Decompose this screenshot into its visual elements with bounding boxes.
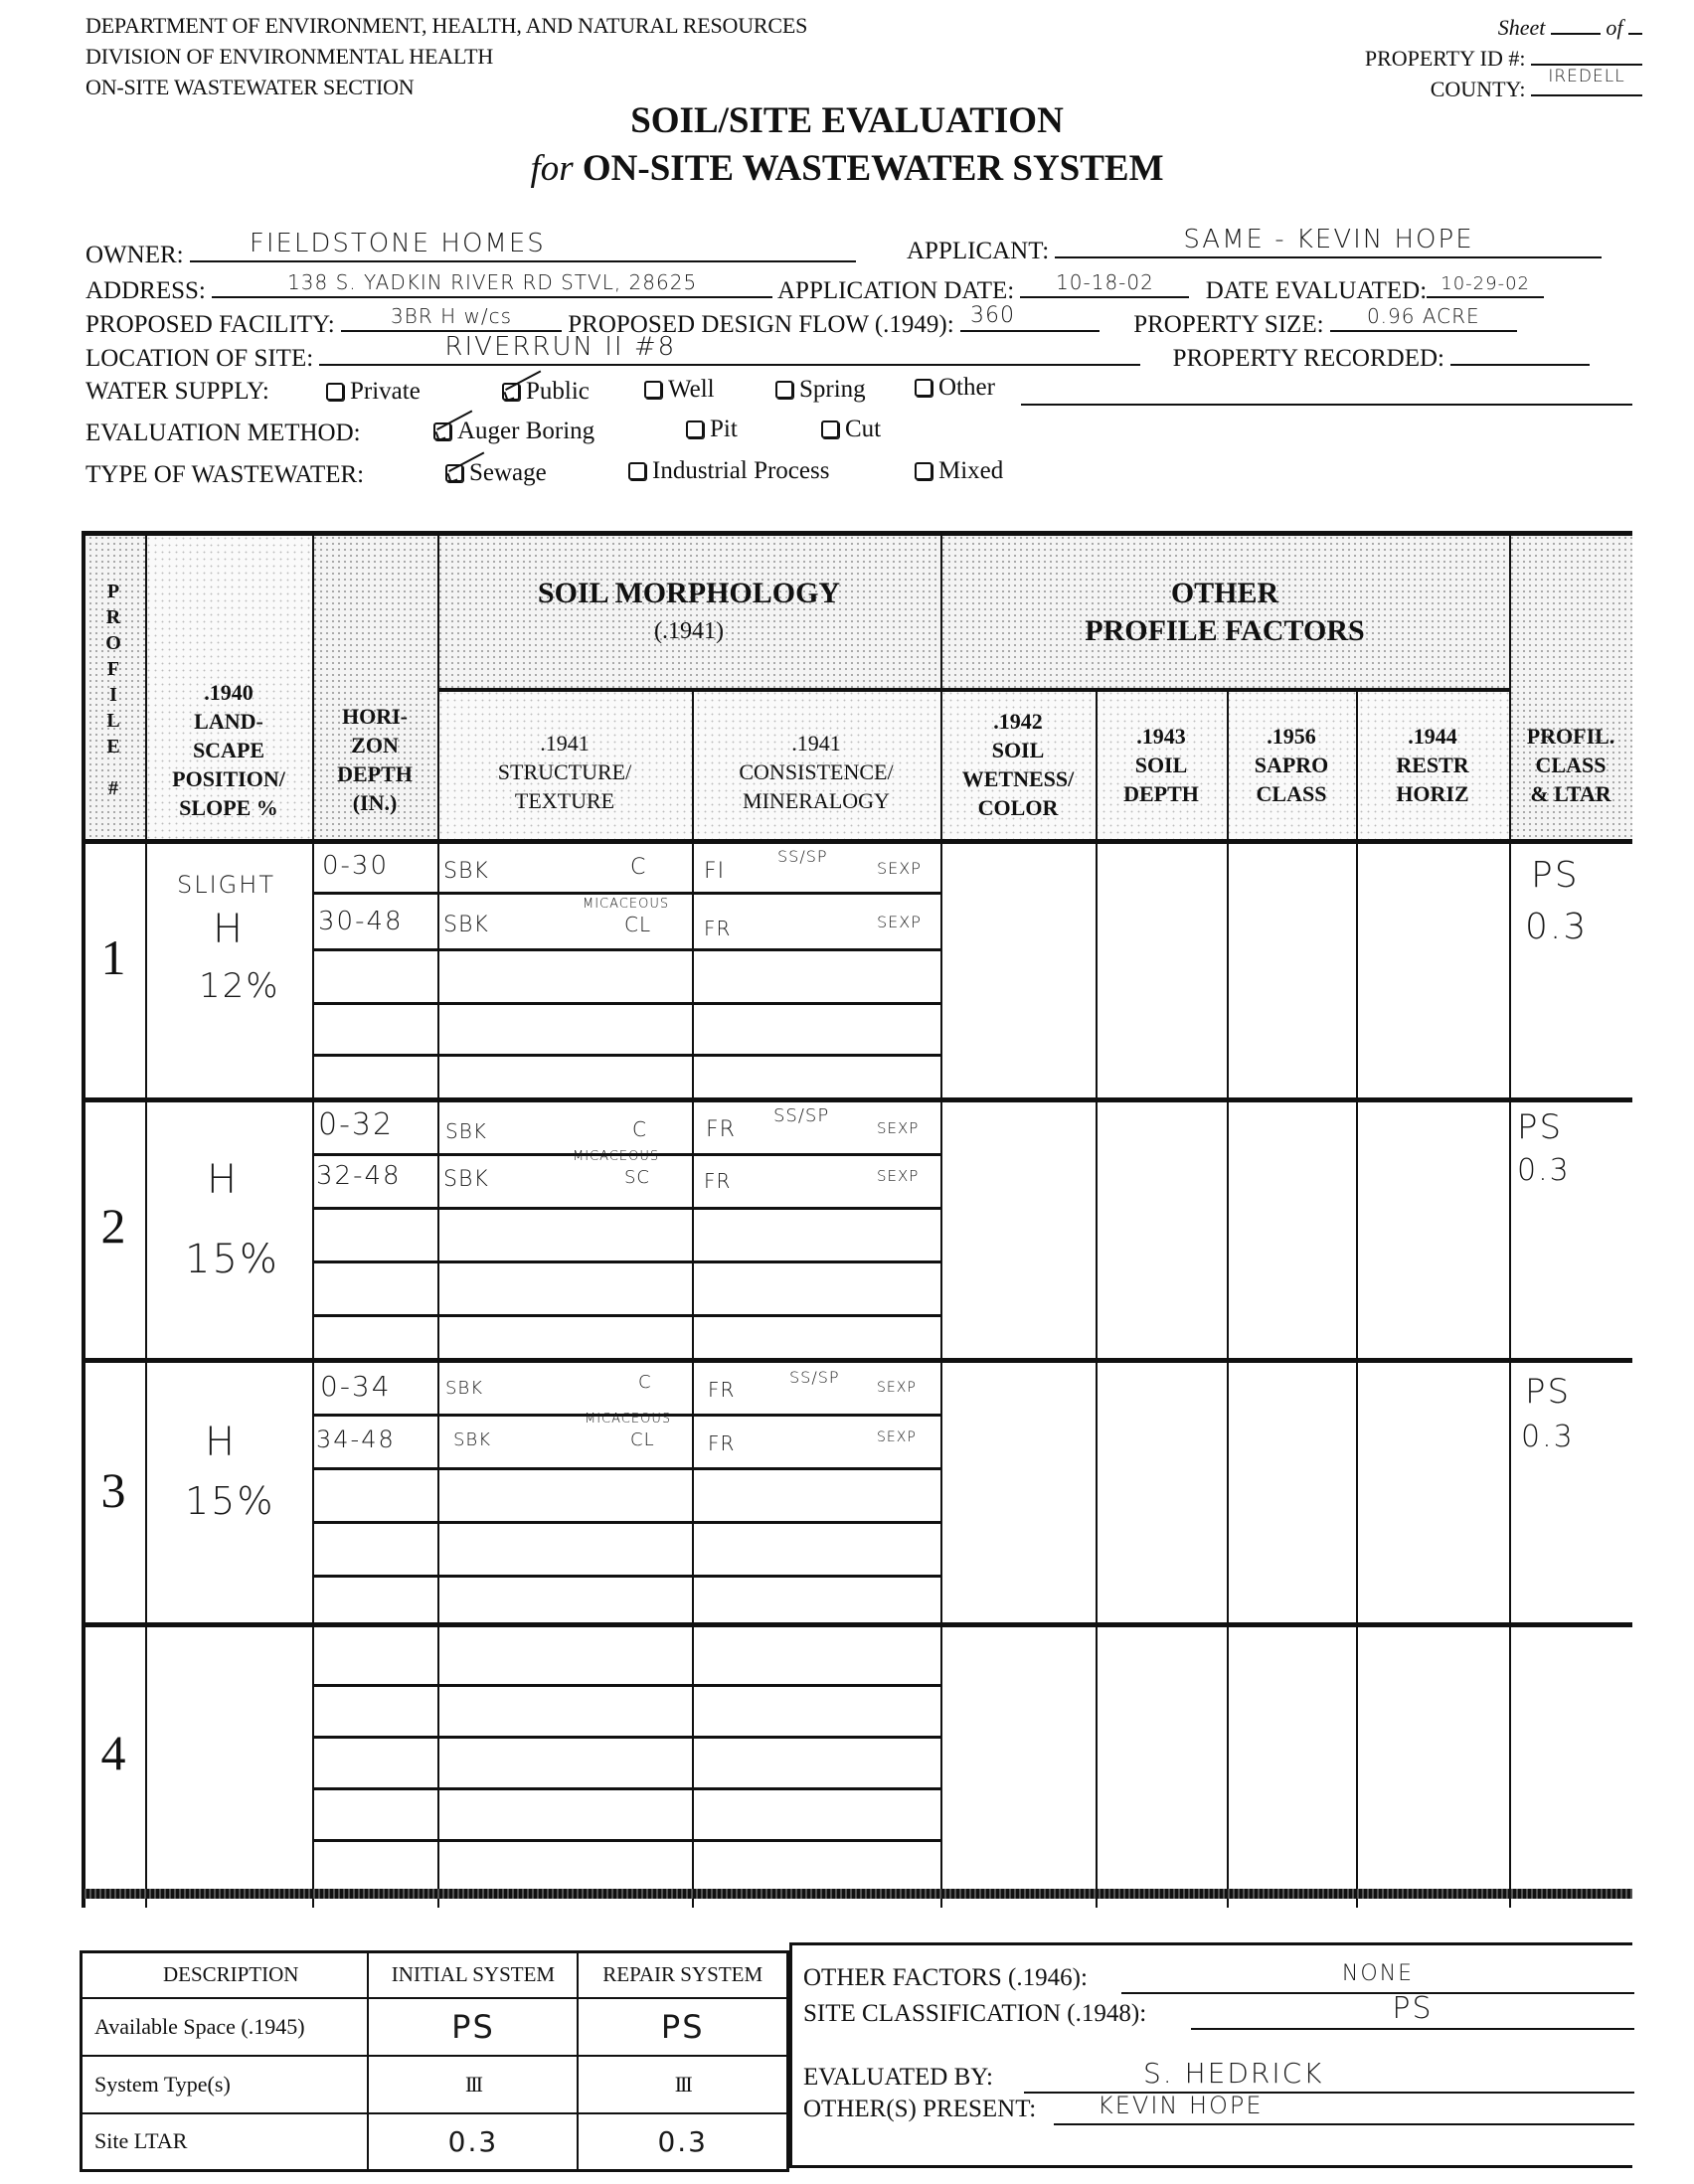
evaluated-by-field[interactable]: S. HEDRICK <box>1024 2068 1634 2094</box>
texture-note[interactable]: MICACEOUS <box>583 897 669 912</box>
evaluation-method-label: EVALUATION METHOD: <box>85 420 361 447</box>
consistence-mineralogy-header: .1941 CONSISTENCE/ MINERALOGY <box>692 705 940 839</box>
date-evaluated-label: DATE EVALUATED: <box>1206 277 1427 304</box>
evaluated-by-row: EVALUATED BY: S. HEDRICK <box>803 2064 1634 2092</box>
repair-system-header: REPAIR SYSTEM <box>578 1952 787 1998</box>
consistence[interactable]: FR <box>708 1378 735 1402</box>
texture-note[interactable]: MICACEOUS <box>585 1412 671 1427</box>
structure-texture-header: .1941 STRUCTURE/ TEXTURE <box>437 705 692 839</box>
description-header: DESCRIPTION <box>82 1952 369 1998</box>
texture[interactable]: C <box>632 1117 647 1141</box>
owner-field[interactable]: FIELDSTONE HOMES <box>190 237 856 262</box>
site-classification-label: SITE CLASSIFICATION (.1948): <box>803 2000 1146 2027</box>
property-recorded-label: PROPERTY RECORDED: <box>1173 345 1444 372</box>
structure[interactable]: SBK <box>443 1167 489 1192</box>
other-profile-factors-header: OTHER PROFILE FACTORS <box>940 535 1509 690</box>
consistence[interactable]: FR <box>708 1431 735 1455</box>
sheet-total-field[interactable] <box>1628 15 1642 35</box>
system-summary-table: DESCRIPTION INITIAL SYSTEM REPAIR SYSTEM… <box>80 1950 789 2172</box>
design-flow-field[interactable]: 360 <box>960 306 1100 332</box>
row-description: System Type(s) <box>82 2056 369 2113</box>
water-supply-spring[interactable]: Spring <box>775 376 866 404</box>
horizon-depth[interactable]: 34-48 <box>316 1426 396 1453</box>
landscape-position[interactable]: H <box>205 1420 237 1465</box>
soil-profile-table: P R O F I L E # .1940 LAND- SCAPE POSITI… <box>82 531 1632 1908</box>
mineralogy[interactable]: SEXP <box>877 913 922 931</box>
applicant-label: APPLICANT: <box>907 238 1049 264</box>
water-supply-well[interactable]: Well <box>644 376 715 404</box>
soil-wetness-header: .1942 SOIL WETNESS/ COLOR <box>940 690 1096 839</box>
consistence-plasticity[interactable]: SS/SP <box>789 1368 840 1387</box>
restr-horiz-header: .1944 RESTR HORIZ <box>1356 690 1509 839</box>
horizon-depth[interactable]: 32-48 <box>316 1161 402 1191</box>
applicant-field[interactable]: SAME - KEVIN HOPE <box>1055 233 1602 258</box>
checkbox-spring[interactable] <box>775 381 793 399</box>
checkbox-pit[interactable] <box>686 420 704 438</box>
wastewater-sewage[interactable]: Sewage <box>445 459 547 487</box>
structure[interactable]: SBK <box>443 859 489 884</box>
address-row: ADDRESS: 138 S. YADKIN RIVER RD STVL, 28… <box>85 272 1544 305</box>
property-size-label: PROPERTY SIZE: <box>1133 311 1323 338</box>
eval-method-pit[interactable]: Pit <box>686 416 738 443</box>
checkbox-other[interactable] <box>915 379 932 397</box>
profile-number: 4 <box>84 1724 143 1781</box>
profile-number: 1 <box>84 928 143 986</box>
consistence[interactable]: FI <box>704 859 725 884</box>
profile-class[interactable]: PS <box>1525 1372 1571 1412</box>
owner-label: OWNER: <box>85 242 184 268</box>
slope-percent[interactable]: 12% <box>199 966 280 1006</box>
proposed-facility-label: PROPOSED FACILITY: <box>85 311 335 338</box>
initial-available-space[interactable]: PS <box>368 1998 578 2056</box>
slope-percent[interactable]: 15% <box>185 1479 274 1523</box>
wastewater-mixed[interactable]: Mixed <box>915 457 1003 485</box>
texture-note[interactable]: MICACEOUS <box>573 1149 659 1164</box>
landscape-position-header: .1940 LAND- SCAPE POSITION/ SLOPE % <box>145 660 312 839</box>
consistence-plasticity[interactable]: SS/SP <box>773 1105 829 1126</box>
title-line-1: SOIL/SITE EVALUATION <box>0 97 1694 145</box>
horizon-depth[interactable]: 0-30 <box>322 851 389 881</box>
applicant-row: APPLICANT: SAME - KEVIN HOPE <box>907 233 1602 265</box>
county-field[interactable]: IREDELL <box>1531 75 1642 96</box>
date-evaluated-field[interactable]: 10-29-02 <box>1427 272 1544 298</box>
others-present-row: OTHER(S) PRESENT: KEVIN HOPE <box>803 2096 1634 2123</box>
location-field[interactable]: RIVERRUN II #8 <box>319 340 1140 366</box>
property-id-label: PROPERTY ID #: <box>1365 46 1526 71</box>
profile-ltar[interactable]: 0.3 <box>1517 1153 1571 1188</box>
row-description: Site LTAR <box>82 2113 369 2171</box>
texture[interactable]: CL <box>630 1429 655 1450</box>
soil-depth-header: .1943 SOIL DEPTH <box>1096 690 1227 839</box>
summary-row: System Type(s) III III <box>82 2056 788 2113</box>
owner-row: OWNER: FIELDSTONE HOMES <box>85 237 856 269</box>
texture[interactable]: C <box>638 1372 652 1393</box>
checkbox-auger-checked[interactable] <box>433 422 451 440</box>
profile-ltar[interactable]: 0.3 <box>1525 907 1588 947</box>
location-label: LOCATION OF SITE: <box>85 345 313 372</box>
agency-header: DEPARTMENT OF ENVIRONMENT, HEALTH, AND N… <box>85 10 807 102</box>
others-present-label: OTHER(S) PRESENT: <box>803 2096 1036 2122</box>
checkbox-mixed[interactable] <box>915 462 932 480</box>
consistence[interactable]: FR <box>704 917 731 940</box>
repair-system-type[interactable]: III <box>578 2056 787 2113</box>
site-classification-field[interactable]: PS <box>1191 2004 1634 2030</box>
water-supply-label: WATER SUPPLY: <box>85 378 269 406</box>
structure[interactable]: SBK <box>445 1119 487 1143</box>
profile-ltar[interactable]: 0.3 <box>1521 1420 1575 1454</box>
mineralogy[interactable]: SEXP <box>877 1119 919 1137</box>
sheet-of-label: of <box>1606 15 1622 40</box>
property-recorded-field[interactable] <box>1450 340 1590 366</box>
address-label: ADDRESS: <box>85 277 206 304</box>
horizon-depth[interactable]: 0-34 <box>320 1370 392 1403</box>
horizon-depth[interactable]: 0-32 <box>318 1107 394 1142</box>
form-title: SOIL/SITE EVALUATION for ON-SITE WASTEWA… <box>0 97 1694 193</box>
texture[interactable]: CL <box>624 913 651 936</box>
sapro-class-header: .1956 SAPRO CLASS <box>1227 690 1356 839</box>
property-size-field[interactable]: 0.96 ACRE <box>1330 306 1517 332</box>
sheet-line: Sheet of <box>1365 12 1642 43</box>
checkbox-private[interactable] <box>326 383 344 401</box>
water-supply-other-field[interactable] <box>1021 404 1632 406</box>
initial-system-header: INITIAL SYSTEM <box>368 1952 578 1998</box>
site-classification-row: SITE CLASSIFICATION (.1948): PS <box>803 2000 1634 2028</box>
checkbox-industrial[interactable] <box>628 462 646 480</box>
application-date-field[interactable]: 10-18-02 <box>1020 272 1189 298</box>
profile-class[interactable]: PS <box>1531 855 1580 896</box>
checkbox-well[interactable] <box>644 381 662 399</box>
table-bottom-border <box>82 1889 1632 1899</box>
landscape-position[interactable]: H <box>213 907 245 952</box>
other-factors-row: OTHER FACTORS (.1946): NONE <box>803 1964 1634 1992</box>
texture[interactable]: C <box>630 855 646 880</box>
structure[interactable]: SBK <box>453 1429 491 1450</box>
landscape-position[interactable]: SLIGHT <box>177 871 275 899</box>
title-line-2: for ON-SITE WASTEWATER SYSTEM <box>0 145 1694 193</box>
consistence[interactable]: FR <box>704 1169 731 1193</box>
mineralogy[interactable]: SEXP <box>877 1429 917 1445</box>
summary-header-row: DESCRIPTION INITIAL SYSTEM REPAIR SYSTEM <box>82 1952 788 1998</box>
initial-system-type[interactable]: III <box>368 2056 578 2113</box>
landscape-position[interactable]: H <box>207 1157 239 1203</box>
horizon-depth[interactable]: 30-48 <box>318 907 404 936</box>
water-supply-other[interactable]: Other <box>915 374 995 402</box>
address-field[interactable]: 138 S. YADKIN RIVER RD STVL, 28625 <box>212 272 772 298</box>
structure[interactable]: SBK <box>445 1378 483 1399</box>
sheet-info: Sheet of PROPERTY ID #: COUNTY: IREDELL <box>1365 12 1642 104</box>
mineralogy[interactable]: SEXP <box>877 1380 917 1396</box>
proposed-facility-field[interactable]: 3BR H w/cs <box>341 306 562 332</box>
water-supply-private[interactable]: Private <box>326 378 421 406</box>
slope-percent[interactable]: 15% <box>185 1237 279 1282</box>
other-factors-label: OTHER FACTORS (.1946): <box>803 1964 1088 1991</box>
evaluated-by-label: EVALUATED BY: <box>803 2064 993 2091</box>
repair-site-ltar[interactable]: 0.3 <box>578 2113 787 2171</box>
sheet-label: Sheet <box>1498 15 1546 40</box>
profile-number-header: P R O F I L E # <box>82 541 145 839</box>
mineralogy[interactable]: SEXP <box>877 859 922 878</box>
horizon-depth-header: HORI- ZON DEPTH (IN.) <box>312 680 437 839</box>
profile-class-ltar-header: PROFIL. CLASS & LTAR <box>1509 690 1632 839</box>
wastewater-type-label: TYPE OF WASTEWATER: <box>85 461 364 489</box>
profile-number: 3 <box>84 1461 143 1519</box>
row-description: Available Space (.1945) <box>82 1998 369 2056</box>
water-supply-public[interactable]: Public <box>502 378 590 406</box>
checkbox-cut[interactable] <box>821 420 839 438</box>
checkbox-public-checked[interactable] <box>502 383 520 401</box>
summary-row: Available Space (.1945) PS PS <box>82 1998 788 2056</box>
wastewater-industrial[interactable]: Industrial Process <box>628 457 829 485</box>
summary-row: Site LTAR 0.3 0.3 <box>82 2113 788 2171</box>
repair-available-space[interactable]: PS <box>578 1998 787 2056</box>
checkbox-sewage-checked[interactable] <box>445 464 463 482</box>
consistence[interactable]: FR <box>706 1117 736 1142</box>
profile-number: 2 <box>84 1197 143 1255</box>
others-present-field[interactable]: KEVIN HOPE <box>1054 2100 1634 2125</box>
location-row: LOCATION OF SITE: RIVERRUN II #8 PROPERT… <box>85 340 1590 373</box>
application-date-label: APPLICATION DATE: <box>777 277 1014 304</box>
consistence-plasticity[interactable]: SS/SP <box>777 847 828 866</box>
profile-class[interactable]: PS <box>1517 1107 1563 1147</box>
eval-method-cut[interactable]: Cut <box>821 416 881 443</box>
eval-method-auger-boring[interactable]: Auger Boring <box>433 418 594 445</box>
agency-line-division: DIVISION OF ENVIRONMENTAL HEALTH <box>85 41 807 72</box>
sheet-number-field[interactable] <box>1551 15 1601 35</box>
mineralogy[interactable]: SEXP <box>877 1167 919 1185</box>
texture[interactable]: SC <box>624 1167 650 1188</box>
initial-site-ltar[interactable]: 0.3 <box>368 2113 578 2171</box>
agency-line-department: DEPARTMENT OF ENVIRONMENT, HEALTH, AND N… <box>85 10 807 41</box>
structure[interactable]: SBK <box>443 913 489 937</box>
soil-morphology-header: SOIL MORPHOLOGY (.1941) <box>437 535 940 690</box>
